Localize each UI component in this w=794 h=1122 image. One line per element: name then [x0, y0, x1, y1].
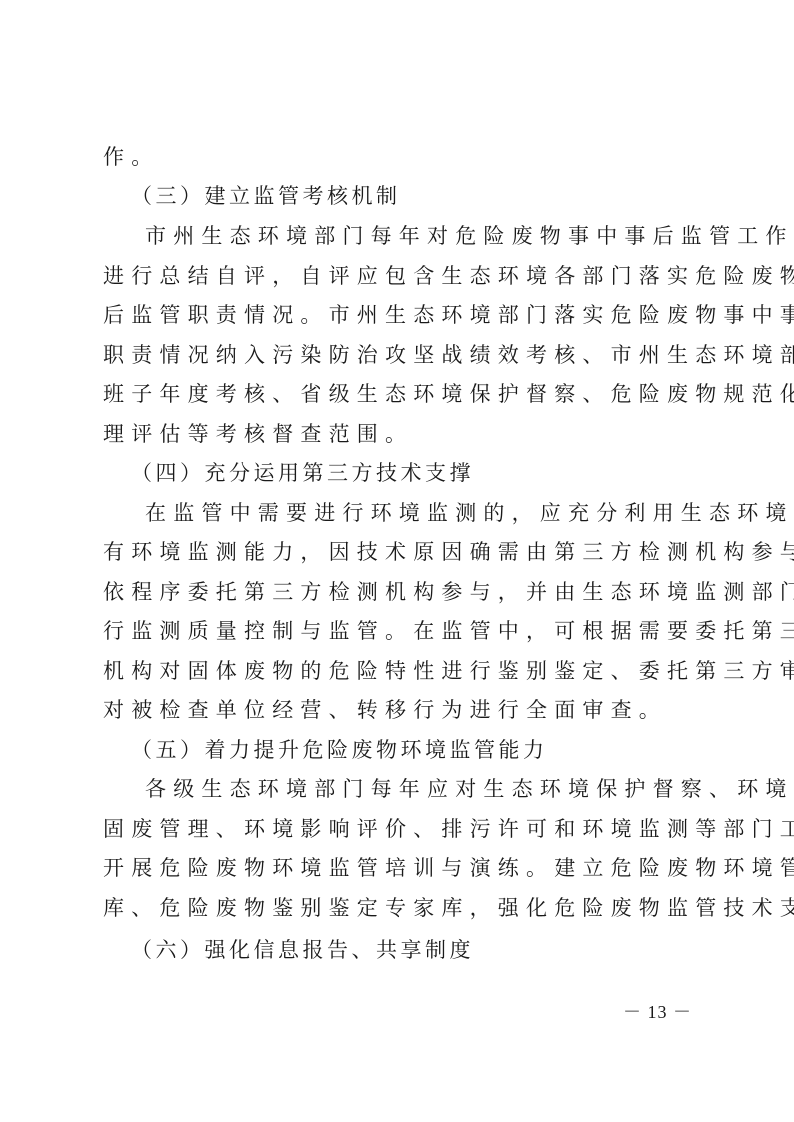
section-heading-5: （五）着力提升危险废物环境监管能力 [131, 736, 731, 764]
paragraph-3-line-6: 理评估等考核督查范围。 [103, 420, 703, 448]
section-heading-3: （三）建立监管考核机制 [131, 182, 731, 210]
paragraph-4-line-1: 在监管中需要进行环境监测的，应充分利用生态环境系统现 [145, 499, 745, 527]
paragraph-3-line-1: 市州生态环境部门每年对危险废物事中事后监管工作情况 [145, 222, 745, 250]
paragraph-3-line-2: 进行总结自评，自评应包含生态环境各部门落实危险废物事中事 [103, 262, 703, 290]
paragraph-5-line-4: 库、危险废物鉴别鉴定专家库，强化危险废物监管技术支撑。 [103, 894, 703, 922]
paragraph-4-line-2: 有环境监测能力，因技术原因确需由第三方检测机构参与的，可 [103, 538, 703, 566]
paragraph-4-line-6: 对被检查单位经营、转移行为进行全面审查。 [103, 696, 703, 724]
section-heading-4: （四）充分运用第三方技术支撑 [131, 459, 731, 487]
paragraph-5-line-3: 开展危险废物环境监管培训与演练。建立危险废物环境管理专家 [103, 854, 703, 882]
paragraph-3-line-5: 班子年度考核、省级生态环境保护督察、危险废物规范化环境管 [103, 380, 703, 408]
paragraph-5-line-1: 各级生态环境部门每年应对生态环境保护督察、环境执法、 [145, 775, 745, 803]
body-line-continuation: 作。 [103, 143, 703, 171]
page-number: － 13 － [623, 1001, 692, 1023]
document-page: 作。 （三）建立监管考核机制 市州生态环境部门每年对危险废物事中事后监管工作情况… [0, 0, 794, 1122]
section-heading-6: （六）强化信息报告、共享制度 [131, 936, 731, 964]
paragraph-3-line-3: 后监管职责情况。市州生态环境部门落实危险废物事中事后监管 [103, 301, 703, 329]
paragraph-4-line-5: 机构对固体废物的危险特性进行鉴别鉴定、委托第三方审计机构 [103, 657, 703, 685]
paragraph-5-line-2: 固废管理、环境影响评价、排污许可和环境监测等部门工作人员 [103, 815, 703, 843]
paragraph-3-line-4: 职责情况纳入污染防治攻坚战绩效考核、市州生态环境部门领导 [103, 341, 703, 369]
paragraph-4-line-4: 行监测质量控制与监管。在监管中，可根据需要委托第三方鉴定 [103, 617, 703, 645]
paragraph-4-line-3: 依程序委托第三方检测机构参与，并由生态环境监测部门对其进 [103, 578, 703, 606]
